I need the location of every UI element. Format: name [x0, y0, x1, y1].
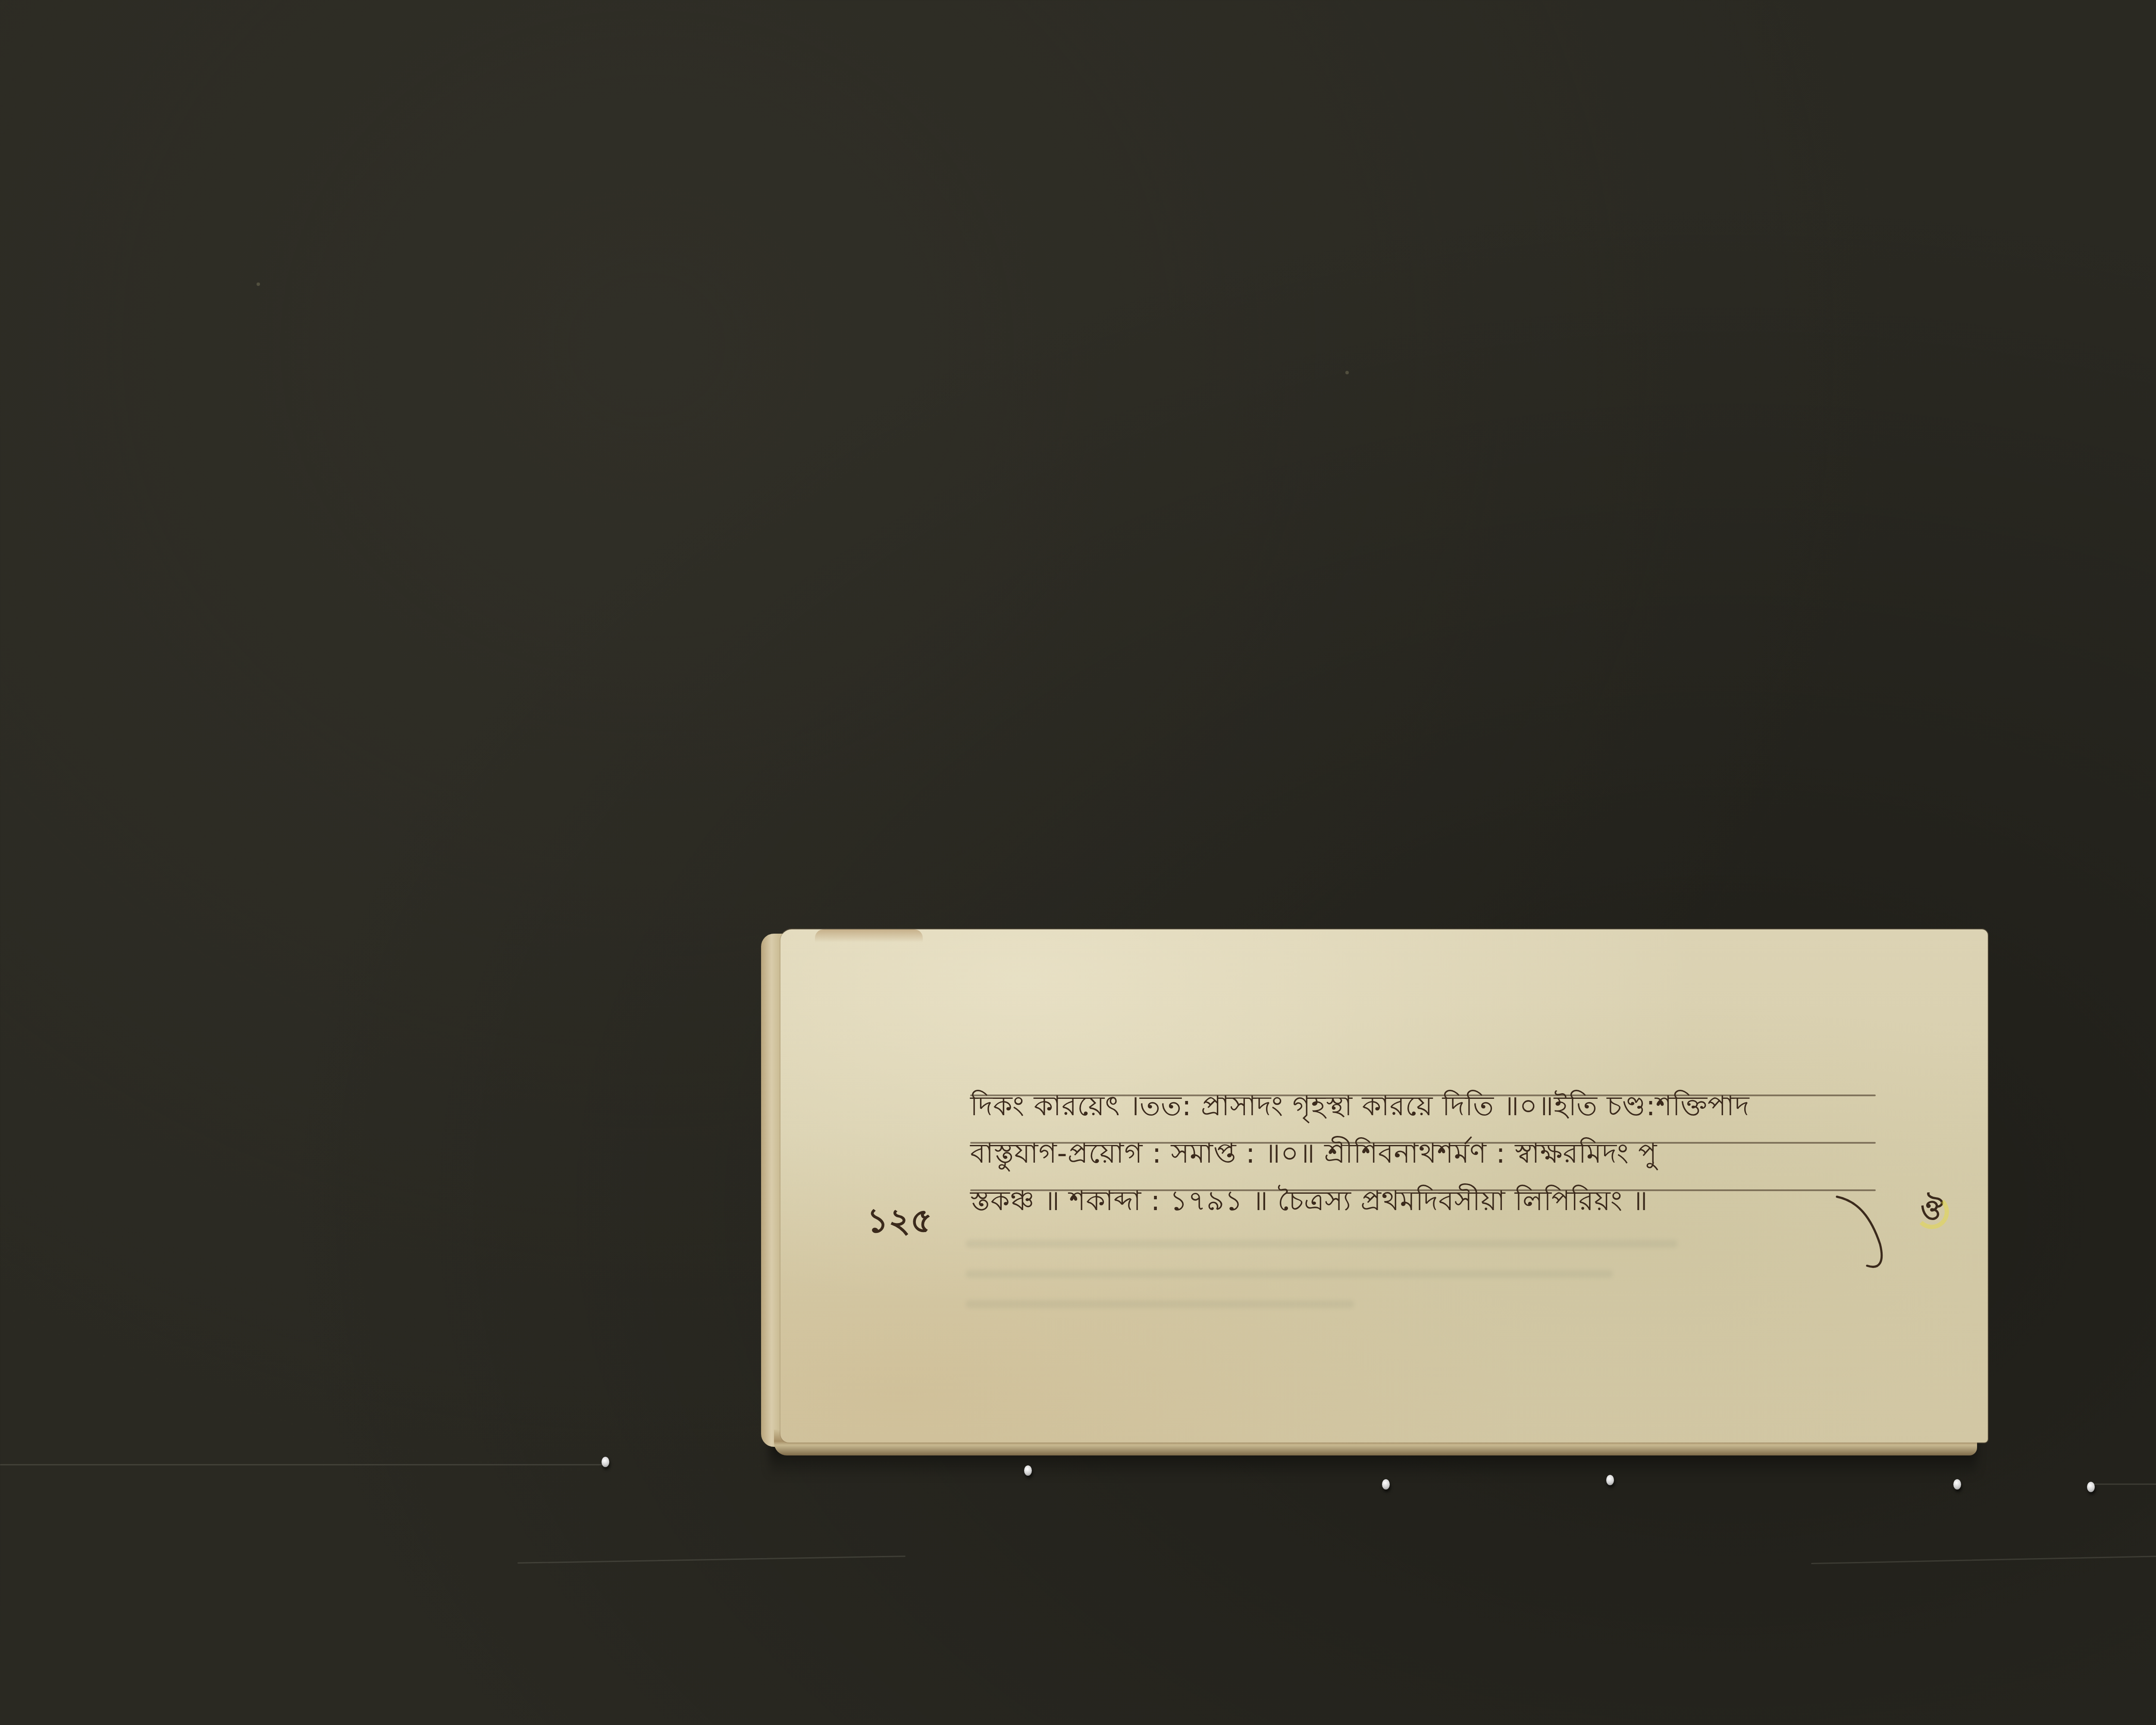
ink-show-through: [966, 1240, 1677, 1248]
end-mark-symbol: ঔ: [1912, 1192, 1951, 1231]
board-guide-line: [0, 1464, 604, 1465]
board-speck: [257, 282, 260, 286]
manuscript-line-3: স্তকঞ্চ ॥ শকাব্দা : ১৭৯১ ॥ চৈত্রস্য প্রথ…: [970, 1177, 1876, 1225]
display-board: দিকং কারয়েৎ ।তত: প্রাসাদং গৃহস্থা কারয়…: [0, 0, 2156, 1725]
pin-icon: [1606, 1475, 1614, 1485]
pin-icon: [1024, 1465, 1032, 1476]
manuscript-text: দিকং কারয়েৎ ।তত: প্রাসাদং গৃহস্থা কারয়…: [970, 1082, 1876, 1225]
board-guide-line: [1811, 1551, 2156, 1564]
ink-show-through: [966, 1300, 1354, 1308]
board-guide-line: [517, 1556, 906, 1564]
pin-icon: [1953, 1479, 1961, 1490]
ink-show-through: [966, 1270, 1613, 1278]
pin-icon: [602, 1457, 609, 1467]
manuscript-folio: দিকং কারয়েৎ ।তত: প্রাসাদং গৃহস্থা কারয়…: [761, 921, 1992, 1473]
board-speck: [1345, 371, 1349, 374]
manuscript-line-1: দিকং কারয়েৎ ।তত: প্রাসাদং গৃহস্থা কারয়…: [970, 1082, 1876, 1130]
pin-icon: [1382, 1479, 1390, 1490]
pin-icon: [2087, 1482, 2095, 1492]
flourish-stroke-icon: [1833, 1188, 1897, 1274]
page-stain: [815, 929, 923, 942]
board-guide-line: [2091, 1483, 2156, 1485]
folio-number: ১২৫: [867, 1195, 932, 1251]
manuscript-line-2: বাস্তুযাগ-প্রয়োগ : সমাপ্ত : ॥০॥ শ্রীশিব…: [970, 1130, 1876, 1177]
manuscript-page: দিকং কারয়েৎ ।তত: প্রাসাদং গৃহস্থা কারয়…: [780, 929, 1988, 1443]
